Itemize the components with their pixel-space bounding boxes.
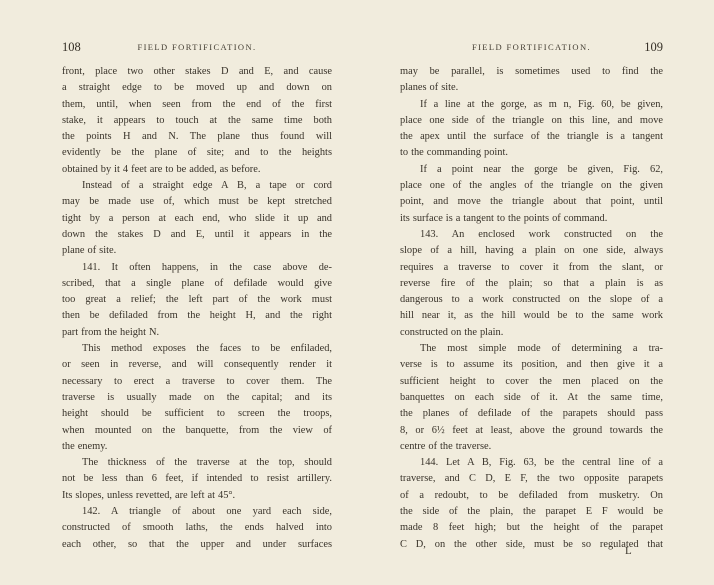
text-line: place one of the angles of the triangle … (400, 178, 663, 194)
text-line: down the stakes D and E, until it appear… (62, 227, 332, 243)
text-line: slope of a hill, having a plain on one s… (400, 243, 663, 259)
text-line: requires a traverse to cover it from the… (400, 260, 663, 276)
text-line: a straight edge to be moved up and down … (62, 80, 332, 96)
page-109: FIELD FORTIFICATION. 109 may be parallel… (400, 42, 663, 553)
text-line: necessary to erect a traverse to cover t… (62, 374, 332, 390)
page-number: 109 (644, 40, 663, 55)
text-line: The most simple mode of determining a tr… (400, 341, 663, 357)
book-spread: 108 FIELD FORTIFICATION. front, place tw… (0, 0, 714, 585)
text-line: evidently be the plane of site; and to t… (62, 145, 332, 161)
text-line: then be defiladed from the height H, and… (62, 308, 332, 324)
text-line: sufficient height to cover the men place… (400, 374, 663, 390)
text-line: dangerous to a work constructed on the s… (400, 292, 663, 308)
text-line: 142. A triangle of about one yard each s… (62, 504, 332, 520)
text-line: 144. Let A B, Fig. 63, be the central li… (400, 455, 663, 471)
text-line: 143. An enclosed work constructed on the (400, 227, 663, 243)
text-line: Its slopes, unless revetted, are left at… (62, 488, 332, 504)
text-line: height should be sufficient to screen th… (62, 406, 332, 422)
text-line: the side of the plain, the parapet E F w… (400, 504, 663, 520)
text-line: not be less than 6 feet, if intended to … (62, 471, 332, 487)
text-line: banquettes on each side of it. At the sa… (400, 390, 663, 406)
text-line: its surface is a tangent to the points o… (400, 211, 663, 227)
text-line: stake, it appears to touch at the same t… (62, 113, 332, 129)
text-line: the apex until the surface of the triang… (400, 129, 663, 145)
text-line: 141. It often happens, in the case above… (62, 260, 332, 276)
signature-mark: L (625, 545, 632, 557)
running-head: FIELD FORTIFICATION. (62, 42, 332, 52)
text-line: traverse, and C D, E F, the two opposite… (400, 471, 663, 487)
text-line: of a redoubt, to be defiladed from muske… (400, 488, 663, 504)
text-line: hill near it, as the hill would be to th… (400, 308, 663, 324)
text-line: If a point near the gorge be given, Fig.… (400, 162, 663, 178)
text-line: front, place two other stakes D and E, a… (62, 64, 332, 80)
text-line: C D, on the other side, must be so regul… (400, 537, 663, 553)
text-line: them, until, when seen from the end of t… (62, 97, 332, 113)
text-line: tight by a person at each end, who slide… (62, 211, 332, 227)
text-line: This method exposes the faces to be enfi… (62, 341, 332, 357)
text-line: constructed on the plain. (400, 325, 663, 341)
text-line: the enemy. (62, 439, 332, 455)
text-line: The thickness of the traverse at the top… (62, 455, 332, 471)
text-column: front, place two other stakes D and E, a… (62, 64, 332, 553)
text-line: traverse is usually made on the capital;… (62, 390, 332, 406)
text-line: the planes of defilade of the parapets s… (400, 406, 663, 422)
text-line: part from the height N. (62, 325, 332, 341)
text-line: planes of site. (400, 80, 663, 96)
text-line: when mounted on the banquette, from the … (62, 423, 332, 439)
text-line: each other, so that the upper and under … (62, 537, 332, 553)
text-line: reverse fire of the plain; so that a pla… (400, 276, 663, 292)
text-line: or seen in reverse, and will consequentl… (62, 357, 332, 373)
text-line: centre of the traverse. (400, 439, 663, 455)
page-108: 108 FIELD FORTIFICATION. front, place tw… (62, 42, 332, 553)
text-line: Instead of a straight edge A B, a tape o… (62, 178, 332, 194)
text-line: plane of site. (62, 243, 332, 259)
page-header: FIELD FORTIFICATION. 109 (400, 42, 663, 56)
text-line: the points H and N. The plane thus found… (62, 129, 332, 145)
text-line: made 8 feet high; but the height of the … (400, 520, 663, 536)
text-line: too great a relief; the left part of the… (62, 292, 332, 308)
text-line: to the commanding point. (400, 145, 663, 161)
text-line: scribed, that a single plane of defilade… (62, 276, 332, 292)
page-header: 108 FIELD FORTIFICATION. (62, 42, 332, 56)
text-line: If a line at the gorge, as m n, Fig. 60,… (400, 97, 663, 113)
text-line: point, and move the triangle about that … (400, 194, 663, 210)
text-line: may be parallel, is sometimes used to fi… (400, 64, 663, 80)
text-line: 8, or 6½ feet at least, above the ground… (400, 423, 663, 439)
page-number: 108 (62, 40, 81, 55)
running-head: FIELD FORTIFICATION. (400, 42, 663, 52)
text-line: may be made use of, which must be kept s… (62, 194, 332, 210)
text-column: may be parallel, is sometimes used to fi… (400, 64, 663, 553)
text-line: place one side of the triangle on this l… (400, 113, 663, 129)
text-line: obtained by it 4 feet are to be added, a… (62, 162, 332, 178)
text-line: constructed of smooth laths, the ends ha… (62, 520, 332, 536)
text-line: verse is to assume its position, and the… (400, 357, 663, 373)
